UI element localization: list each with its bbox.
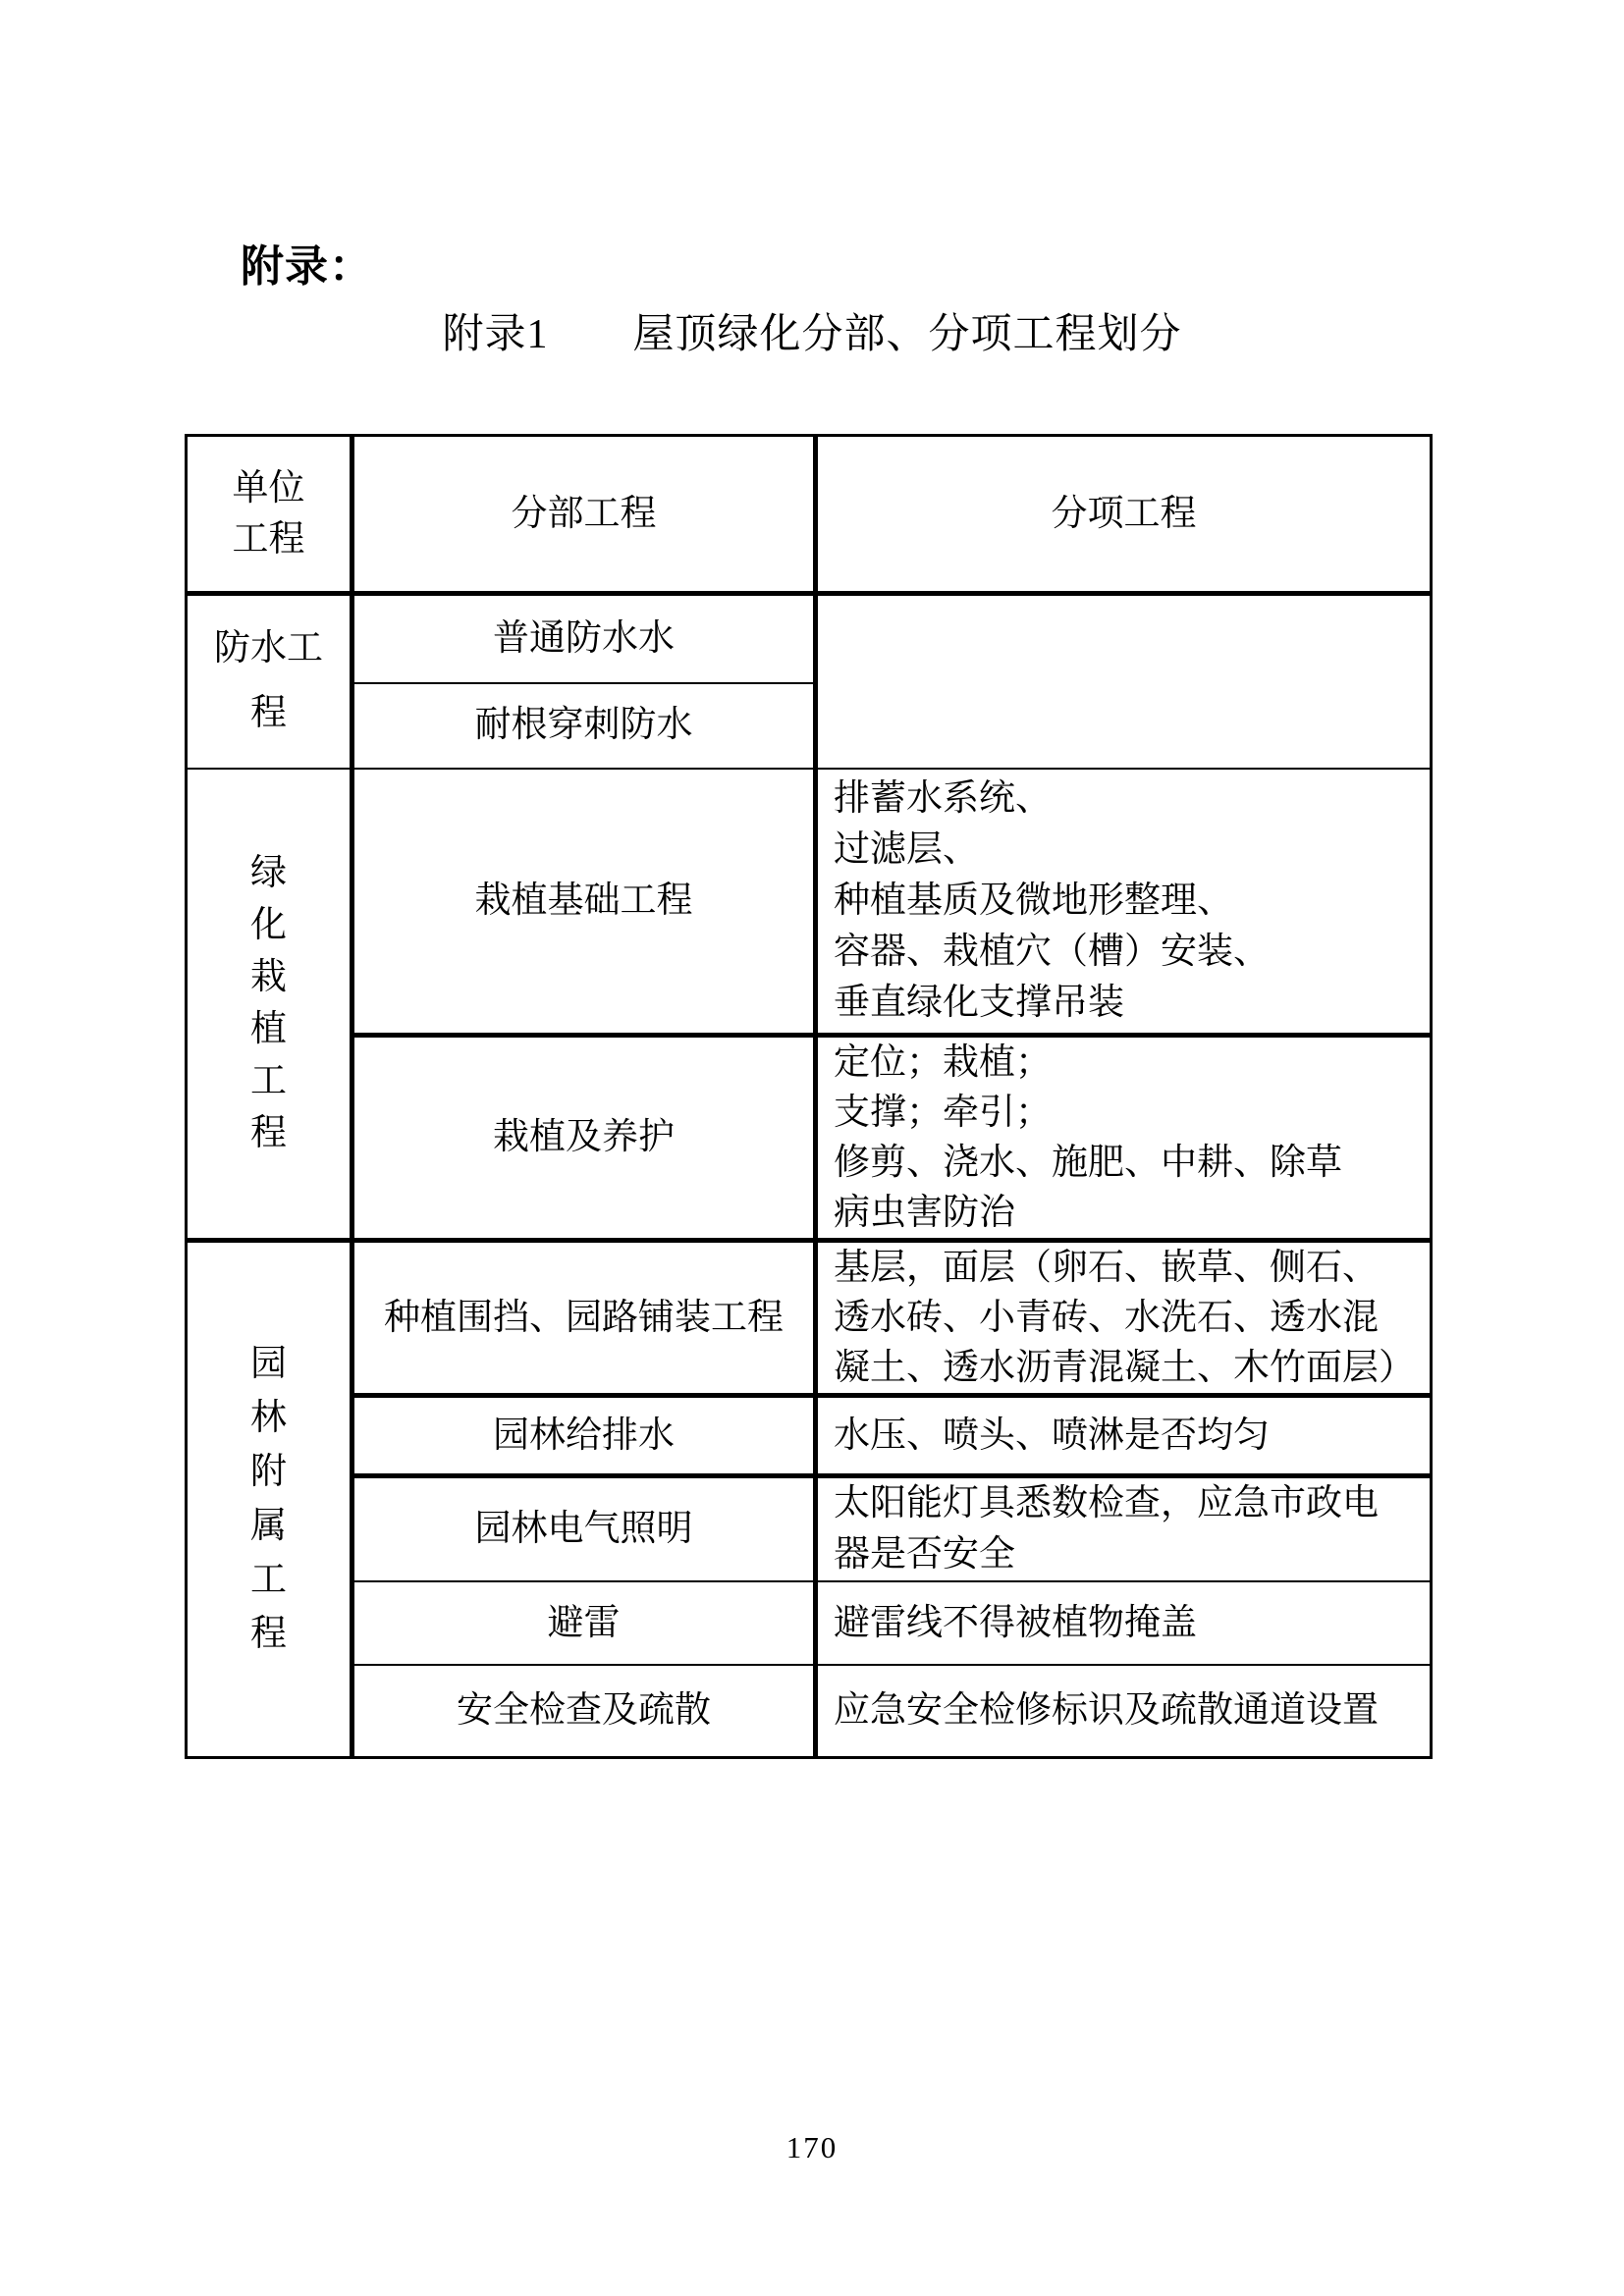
header-cell-subitem-project: 分项工程 — [816, 436, 1432, 594]
table-row: 绿 化 栽 植 工 程 栽植基础工程 排蓄水系统、 过滤层、 种植基质及微地形整… — [187, 769, 1432, 1036]
unit-cell-waterproofing: 防水工 程 — [187, 594, 352, 769]
table-row: 园林给排水 水压、喷头、喷淋是否均匀 — [187, 1396, 1432, 1476]
table-caption: 附录1 屋顶绿化分部、分项工程划分 — [0, 310, 1624, 359]
division-cell-planting-maintenance: 栽植及养护 — [352, 1036, 816, 1241]
subitem-cell-lightning-protection: 避雷线不得被植物掩盖 — [816, 1581, 1432, 1665]
subitem-cell-waterproofing-empty — [816, 594, 1432, 769]
unit-cell-greening-planting: 绿 化 栽 植 工 程 — [187, 769, 352, 1241]
page-title: 附录： — [241, 241, 373, 293]
table-header-row: 单位 工程 分部工程 分项工程 — [187, 436, 1432, 594]
header-cell-unit-project: 单位 工程 — [187, 436, 352, 594]
division-cell-planting-base: 栽植基础工程 — [352, 769, 816, 1036]
division-cell-water-supply-drainage: 园林给排水 — [352, 1396, 816, 1476]
unit-cell-garden-auxiliary: 园 林 附 属 工 程 — [187, 1241, 352, 1758]
table-row: 避雷 避雷线不得被植物掩盖 — [187, 1581, 1432, 1665]
header-cell-division-project: 分部工程 — [352, 436, 816, 594]
division-cell-ordinary-waterproof: 普通防水水 — [352, 594, 816, 683]
division-cell-root-puncture-waterproof: 耐根穿刺防水 — [352, 683, 816, 769]
document-page: 附录： 附录1 屋顶绿化分部、分项工程划分 单位 工程 分部工程 分项工程 防水… — [0, 0, 1624, 2296]
division-cell-enclosure-paving: 种植围挡、园路铺装工程 — [352, 1241, 816, 1396]
table-row: 园 林 附 属 工 程 种植围挡、园路铺装工程 基层，面层（卵石、嵌草、侧石、 … — [187, 1241, 1432, 1396]
subitem-cell-planting-maintenance: 定位；栽植； 支撑；牵引； 修剪、浇水、施肥、中耕、除草 病虫害防治 — [816, 1036, 1432, 1241]
appendix-table: 单位 工程 分部工程 分项工程 防水工 程 普通防水水 耐根穿刺防水 绿 化 栽… — [185, 434, 1433, 1759]
subitem-cell-water-supply-drainage: 水压、喷头、喷淋是否均匀 — [816, 1396, 1432, 1476]
subitem-cell-electric-lighting: 太阳能灯具悉数检查，应急市政电 器是否安全 — [816, 1476, 1432, 1582]
subitem-cell-planting-base: 排蓄水系统、 过滤层、 种植基质及微地形整理、 容器、栽植穴（槽）安装、 垂直绿… — [816, 769, 1432, 1036]
division-cell-safety-inspection: 安全检查及疏散 — [352, 1665, 816, 1757]
table-row: 安全检查及疏散 应急安全检修标识及疏散通道设置 — [187, 1665, 1432, 1757]
page-number: 170 — [0, 2130, 1624, 2165]
table-row: 栽植及养护 定位；栽植； 支撑；牵引； 修剪、浇水、施肥、中耕、除草 病虫害防治 — [187, 1036, 1432, 1241]
division-cell-electric-lighting: 园林电气照明 — [352, 1476, 816, 1582]
table-row: 防水工 程 普通防水水 — [187, 594, 1432, 683]
subitem-cell-safety-inspection: 应急安全检修标识及疏散通道设置 — [816, 1665, 1432, 1757]
table-row: 园林电气照明 太阳能灯具悉数检查，应急市政电 器是否安全 — [187, 1476, 1432, 1582]
subitem-cell-enclosure-paving: 基层，面层（卵石、嵌草、侧石、 透水砖、小青砖、水洗石、透水混 凝土、透水沥青混… — [816, 1241, 1432, 1396]
division-cell-lightning-protection: 避雷 — [352, 1581, 816, 1665]
